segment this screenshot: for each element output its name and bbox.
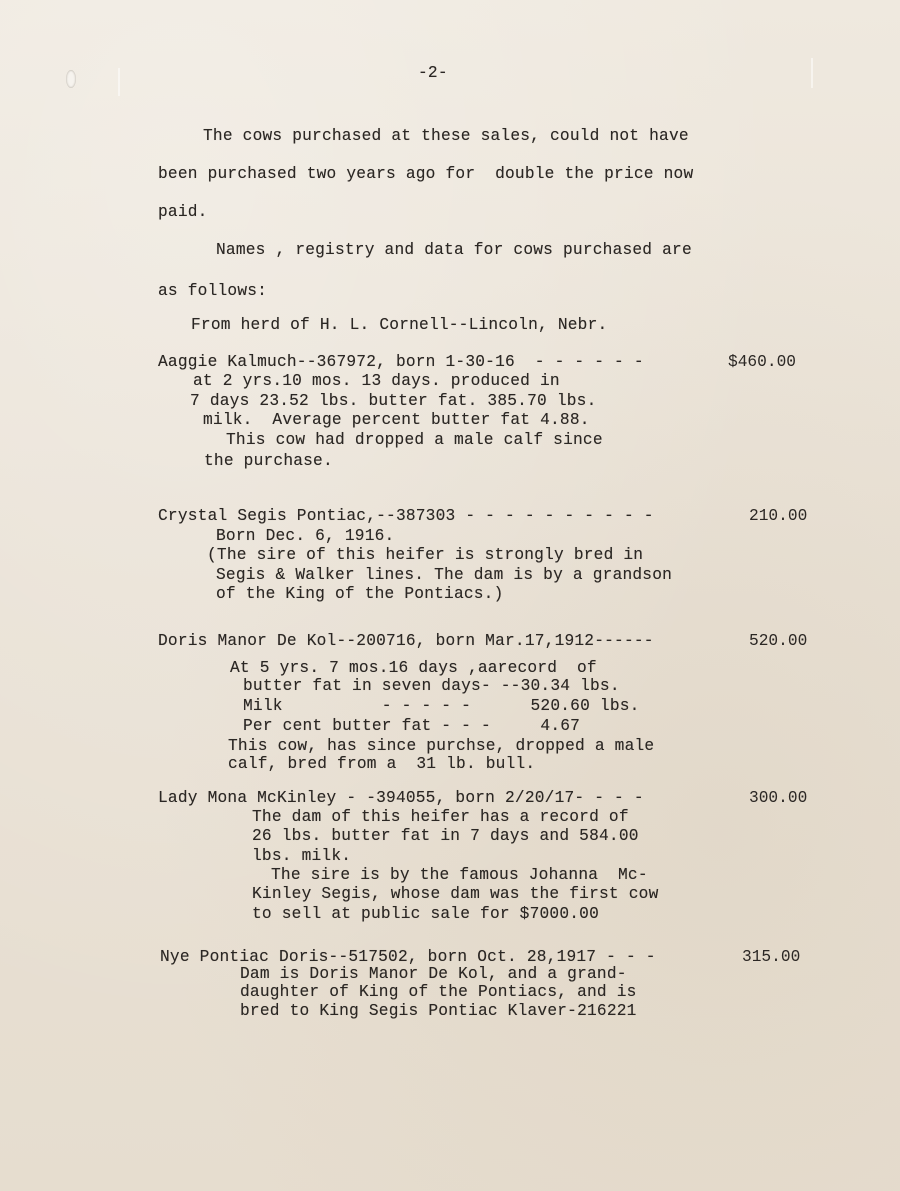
cow-price: 315.00 [742, 948, 800, 966]
cow-detail-line: The dam of this heifer has a record of [252, 808, 629, 826]
staple-mark-right [811, 58, 813, 88]
cow-detail-line: Dam is Doris Manor De Kol, and a grand- [240, 965, 627, 983]
cow-detail-line: milk. Average percent butter fat 4.88. [203, 411, 590, 429]
cow-detail-line: daughter of King of the Pontiacs, and is [240, 983, 637, 1001]
cow-detail-line: lbs. milk. [252, 847, 351, 865]
cow-detail-line: This cow, has since purchse, dropped a m… [228, 737, 654, 755]
cow-detail-line: (The sire of this heifer is strongly bre… [207, 546, 643, 564]
cow-detail-line: calf, bred from a 31 lb. bull. [228, 755, 535, 773]
cow-detail-line: Segis & Walker lines. The dam is by a gr… [216, 566, 672, 584]
cow-price: 520.00 [749, 632, 807, 650]
punch-hole-left [66, 70, 76, 88]
cow-detail-line: Per cent butter fat - - - 4.67 [243, 717, 580, 735]
cow-detail-line: Milk - - - - - 520.60 lbs. [243, 697, 640, 715]
cow-price: 300.00 [749, 789, 807, 807]
cow-detail-line: bred to King Segis Pontiac Klaver-216221 [240, 1002, 637, 1020]
typewritten-page: -2- The cows purchased at these sales, c… [0, 0, 900, 1191]
cow-detail-line: 7 days 23.52 lbs. butter fat. 385.70 lbs… [190, 392, 596, 410]
cow-detail-line: At 5 yrs. 7 mos.16 days ,aarecord of [230, 659, 597, 677]
cow-header: Aaggie Kalmuch--367972, born 1-30-16 - -… [158, 353, 654, 371]
cow-detail-line: butter fat in seven days- --30.34 lbs. [243, 677, 620, 695]
cow-detail-line: The sire is by the famous Johanna Mc- [271, 866, 648, 884]
cow-detail-line: of the King of the Pontiacs.) [216, 585, 504, 603]
cow-detail-line: 26 lbs. butter fat in 7 days and 584.00 [252, 827, 639, 845]
herd-source-line: From herd of H. L. Cornell--Lincoln, Neb… [191, 316, 607, 334]
page-number: -2- [418, 64, 448, 82]
intro-paragraph-line: paid. [158, 203, 208, 221]
cow-detail-line: at 2 yrs.10 mos. 13 days. produced in [193, 372, 560, 390]
intro-paragraph-line: as follows: [158, 282, 267, 300]
intro-paragraph-line: The cows purchased at these sales, could… [203, 127, 689, 145]
cow-detail-line: the purchase. [204, 452, 333, 470]
intro-paragraph-line: been purchased two years ago for double … [158, 165, 693, 183]
cow-header: Nye Pontiac Doris--517502, born Oct. 28,… [160, 948, 666, 966]
cow-header: Lady Mona McKinley - -394055, born 2/20/… [158, 789, 654, 807]
cow-price: $460.00 [728, 353, 796, 371]
cow-header: Crystal Segis Pontiac,--387303 - - - - -… [158, 507, 664, 525]
staple-mark-left [118, 68, 120, 96]
cow-header: Doris Manor De Kol--200716, born Mar.17,… [158, 632, 664, 650]
cow-detail-line: to sell at public sale for $7000.00 [252, 905, 599, 923]
cow-detail-line: Born Dec. 6, 1916. [216, 527, 394, 545]
cow-detail-line: Kinley Segis, whose dam was the first co… [252, 885, 658, 903]
cow-price: 210.00 [749, 507, 807, 525]
cow-detail-line: This cow had dropped a male calf since [226, 431, 603, 449]
intro-paragraph-line: Names , registry and data for cows purch… [216, 241, 692, 259]
